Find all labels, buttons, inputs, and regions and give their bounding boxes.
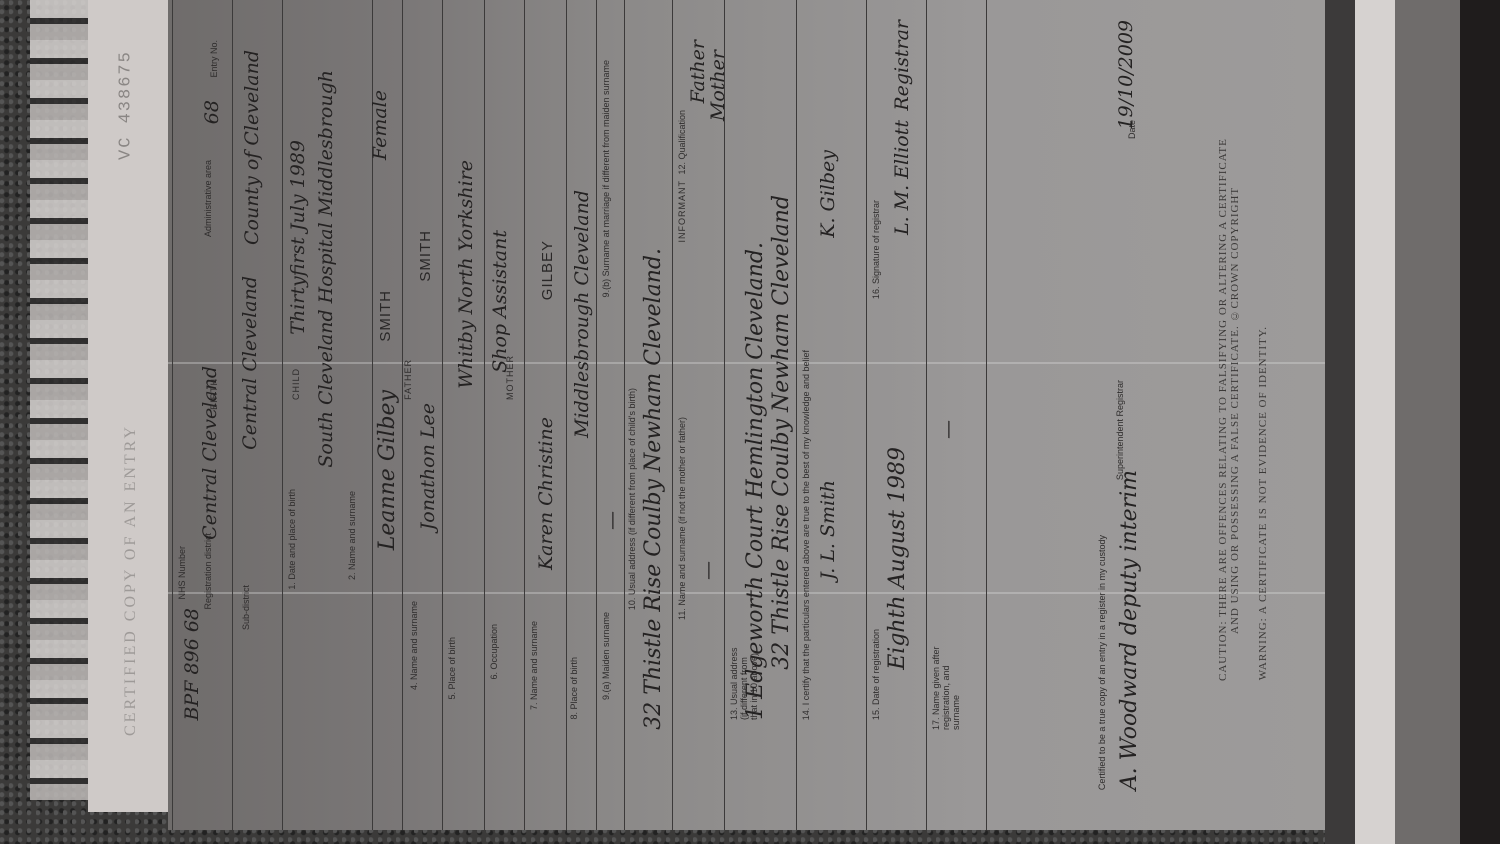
father-surname: SMITH <box>417 230 434 282</box>
entry-no-label: Entry No. <box>209 40 219 78</box>
child-sex: Female <box>369 90 391 160</box>
background-surface-right <box>1395 0 1465 844</box>
informant-address-line1: 1 Edgeworth Court Hemlington Cleveland. <box>743 242 768 720</box>
informant-name-column: 11. Name and surname (if not the mother … <box>672 0 725 830</box>
informant-name-label: 11. Name and surname (if not the mother … <box>677 417 687 620</box>
mother-birthplace-label: 8. Place of birth <box>569 657 579 720</box>
mother-address-label: 10. Usual address (if different from pla… <box>627 388 637 610</box>
father-birthplace-label: 5. Place of birth <box>447 637 457 700</box>
caution-text: CAUTION: THERE ARE OFFENCES RELATING TO … <box>1217 130 1241 690</box>
subdistrict-value: Central Cleveland <box>239 276 261 450</box>
mother-birthplace-column: 8. Place of birth Middlesbrough Clevelan… <box>566 0 597 830</box>
registrar-signature-label: 16. Signature of registrar <box>871 200 881 299</box>
mother-given-name: Karen Christine <box>535 417 557 570</box>
district-label: Registration district <box>203 533 213 610</box>
name-after-label: 17. Name given after registration, and s… <box>931 640 961 730</box>
informant-signature-2: K. Gilbey <box>817 150 839 238</box>
certificate-margin-right <box>1355 0 1397 844</box>
father-occupation-value: Shop Assistant <box>489 230 511 373</box>
registrar-role: Registrar <box>891 20 913 111</box>
certify-column: 14. I certify that the particulars enter… <box>796 0 867 830</box>
mother-prev-surname-label: 9.(b) Surname at marriage if different f… <box>601 60 611 297</box>
mother-maiden-column: 9.(a) Maiden surname 9.(b) Surname at ma… <box>596 0 625 830</box>
birth-tag: BIRTH <box>209 378 219 410</box>
certifying-role-label: Superintendent Registrar <box>1115 380 1125 480</box>
mother-name-label: 7. Name and surname <box>529 621 539 710</box>
birth-certificate: NHS Number BPF 896 68 Registration distr… <box>168 0 1326 830</box>
torn-paper-edge <box>30 0 90 800</box>
mother-tag: MOTHER <box>505 355 515 400</box>
dob-label: 1. Date and place of birth <box>287 489 297 590</box>
registration-column: NHS Number BPF 896 68 Registration distr… <box>172 0 233 830</box>
place-of-birth-value: South Cleveland Hospital Middlesbrough <box>315 70 337 468</box>
informant-tag: INFORMANT <box>677 180 687 243</box>
registrar-signature: L. M. Elliott <box>891 120 913 235</box>
father-birthplace-column: 5. Place of birth Whitby North Yorkshire <box>442 0 485 830</box>
certify-label: 14. I certify that the particulars enter… <box>801 350 811 720</box>
father-occupation-column: 6. Occupation Shop Assistant MOTHER <box>484 0 525 830</box>
mother-address-value: 32 Thistle Rise Coulby Newham Cleveland. <box>641 248 666 730</box>
informant-signature-1: J. L. Smith <box>817 480 839 580</box>
mother-maiden-label: 9.(a) Maiden surname <box>601 612 611 700</box>
mother-maiden-dash: — <box>601 511 623 530</box>
informant-name-value: — <box>697 561 719 580</box>
father-name-label: 4. Name and surname <box>409 601 419 690</box>
father-birthplace-value: Whitby North Yorkshire <box>455 160 477 389</box>
father-occupation-label: 6. Occupation <box>489 624 499 680</box>
nhs-label: NHS Number <box>177 546 187 600</box>
subdistrict-label: Sub-district <box>241 585 251 630</box>
mother-birthplace-value: Middlesbrough Cleveland <box>571 190 593 438</box>
father-tag: FATHER <box>403 359 413 400</box>
serial-number: VC 438675 <box>106 20 146 190</box>
nhs-number: BPF 896 68 <box>181 608 203 720</box>
subdistrict-column: Sub-district Central Cleveland County of… <box>232 0 283 830</box>
informant-address-column: 13. Usual address (if different from tha… <box>724 0 797 830</box>
admin-area-value: County of Cleveland <box>241 50 263 245</box>
certificate-heading: CERTIFIED COPY OF AN ENTRY <box>108 330 154 830</box>
qualification-label: 12. Qualification <box>677 110 687 175</box>
name-after-registration-column: 17. Name given after registration, and s… <box>926 0 987 830</box>
child-name-column: Leanne Gilbey SMITH Female <box>372 0 403 830</box>
mother-address-column: 10. Usual address (if different from pla… <box>624 0 673 830</box>
document-edge-shadow <box>1325 0 1355 844</box>
admin-area-label: Administrative area <box>203 160 213 237</box>
certified-label: Certified to be a true copy of an entry … <box>1097 535 1107 790</box>
warning-text: WARNING: A CERTIFICATE IS NOT EVIDENCE O… <box>1257 326 1269 680</box>
father-name-column: 4. Name and surname FATHER Jonathon Lee … <box>402 0 443 830</box>
father-given-name: Jonathon Lee <box>417 403 439 530</box>
name-after-value: — <box>937 420 959 439</box>
child-name-label: 2. Name and surname <box>347 491 357 580</box>
registration-date-value: Eighth August 1989 <box>885 447 910 670</box>
child-column: 1. Date and place of birth Thirtyfirst J… <box>282 0 373 830</box>
entry-no-value: 68 <box>201 100 223 124</box>
informant-address-line2: 32 Thistle Rise Coulby Newham Cleveland <box>769 195 794 670</box>
background-dark-edge <box>1460 0 1500 844</box>
registration-date-column: 15. Date of registration Eighth August 1… <box>866 0 927 830</box>
certification-date-value: 19/10/2009 <box>1115 20 1137 130</box>
child-given-name: Leanne Gilbey <box>375 390 400 550</box>
registration-date-label: 15. Date of registration <box>871 629 881 720</box>
mother-name-column: 7. Name and surname Karen Christine GILB… <box>524 0 567 830</box>
mother-surname: GILBEY <box>539 240 556 300</box>
certifying-signature: A. Woodward deputy interim <box>1117 470 1142 790</box>
child-tag: CHILD <box>291 368 301 400</box>
qualification-father: Father <box>687 40 709 103</box>
child-surname: SMITH <box>377 290 394 342</box>
dob-value: Thirtyfirst July 1989 <box>287 140 309 335</box>
certification-area: Certified to be a true copy of an entry … <box>986 0 1327 830</box>
